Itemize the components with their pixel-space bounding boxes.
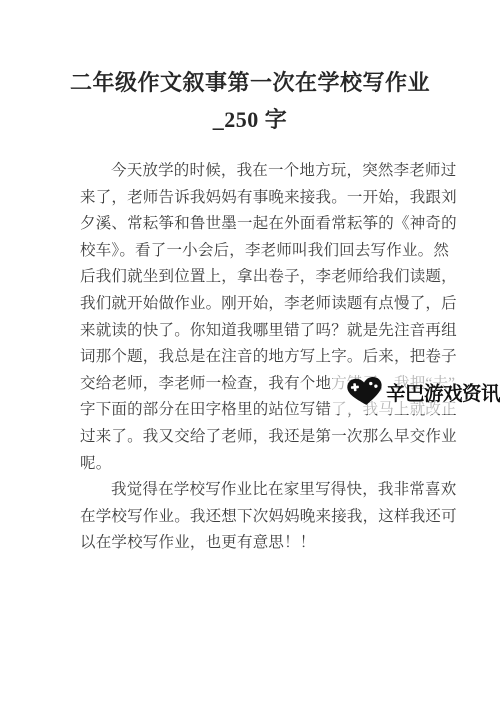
essay-line: 夕溪、常耘筝和鲁世墨一起在外面看常耘筝的《神奇的	[80, 211, 436, 238]
page-title: 二年级作文叙事第一次在学校写作业 _250 字	[0, 64, 500, 138]
watermark: 辛巴游戏资讯	[347, 377, 500, 406]
game-controller-heart-icon	[346, 375, 385, 408]
essay-line: 我觉得在学校写作业比在家里写得快，我非常喜欢	[80, 477, 436, 504]
essay-line: 呢。	[80, 451, 436, 478]
essay-line: 过来了。我又交给了老师，我还是第一次那么早交作业	[80, 424, 436, 451]
page-title-line-2: _250 字	[0, 101, 500, 138]
essay-line: 校车》。看了一小会后，李老师叫我们回去写作业。然	[80, 238, 436, 265]
essay-line: 在学校写作业。我还想下次妈妈晚来接我，这样我还可	[80, 504, 436, 531]
essay-line: 今天放学的时候，我在一个地方玩，突然李老师过	[80, 158, 436, 185]
essay-line: 来了，老师告诉我妈妈有事晚来接我。一开始，我跟刘	[80, 185, 436, 212]
essay-body: 今天放学的时候，我在一个地方玩，突然李老师过 来了，老师告诉我妈妈有事晚来接我。…	[80, 158, 436, 557]
page-title-line-1: 二年级作文叙事第一次在学校写作业	[0, 64, 500, 101]
essay-line: 以在学校写作业，也更有意思！！	[80, 530, 436, 557]
essay-line: 后我们就坐到位置上，拿出卷子，李老师给我们读题，	[80, 264, 436, 291]
watermark-text: 辛巴游戏资讯	[386, 378, 500, 406]
essay-line: 来就读的快了。你知道我哪里错了吗？就是先注音再组	[80, 318, 436, 345]
essay-page: 二年级作文叙事第一次在学校写作业 _250 字 今天放学的时候，我在一个地方玩，…	[0, 0, 500, 708]
essay-line: 我们就开始做作业。刚开始，李老师读题有点慢了，后	[80, 291, 436, 318]
